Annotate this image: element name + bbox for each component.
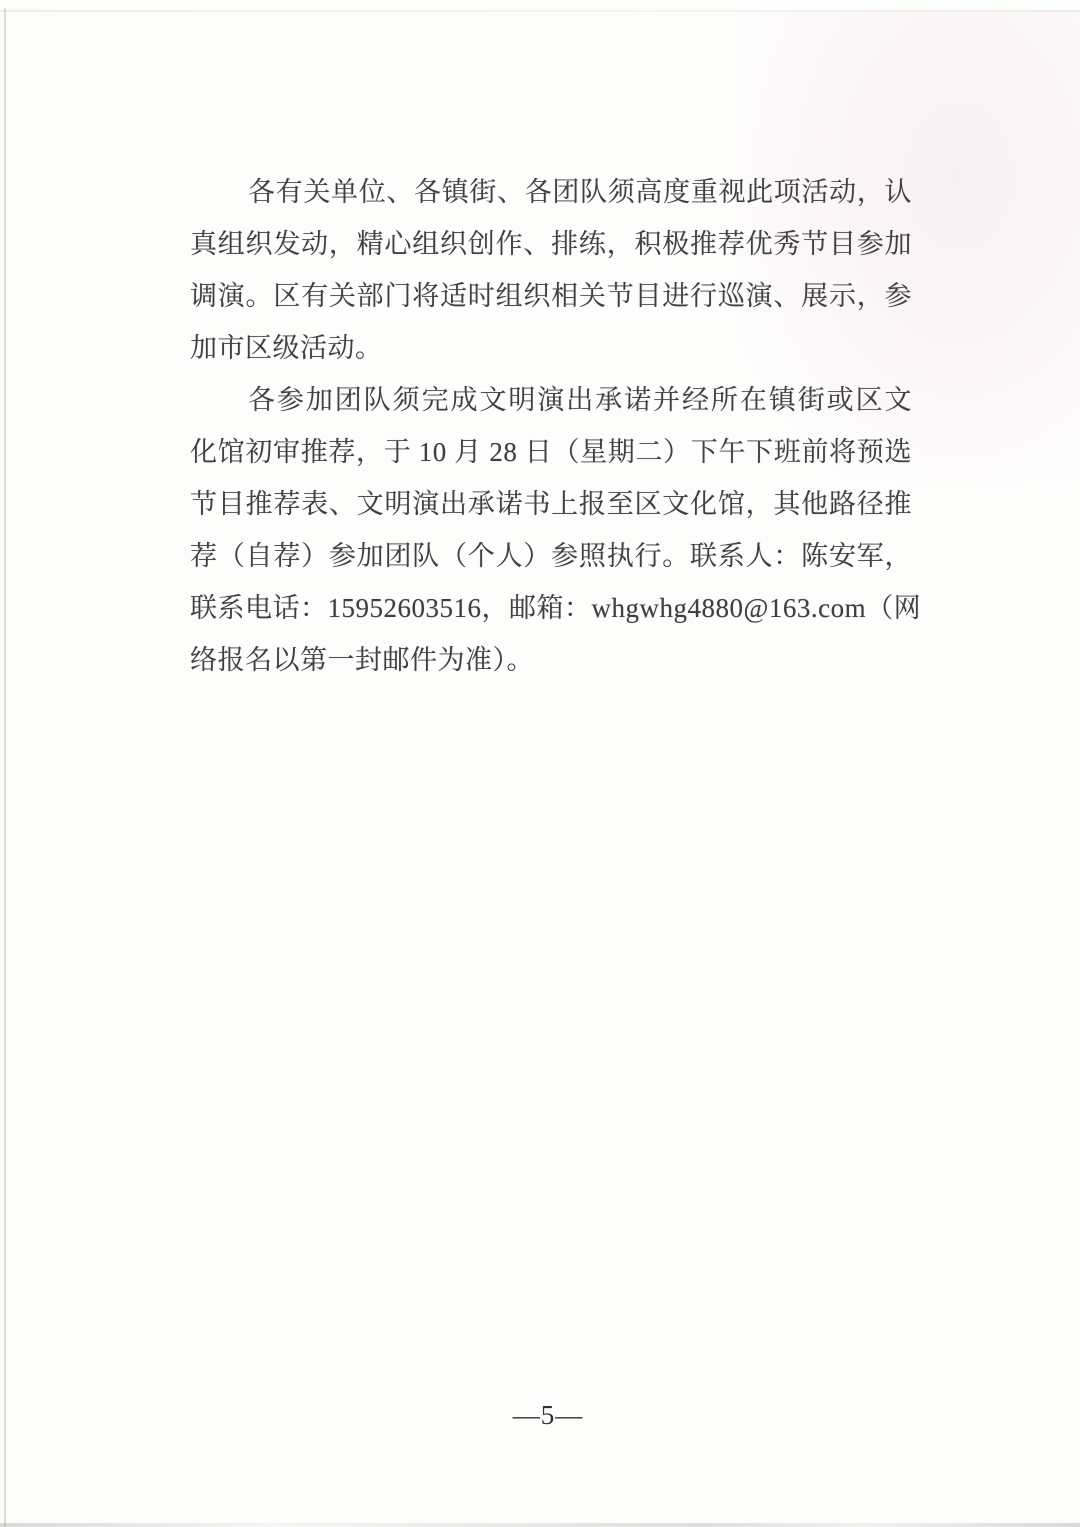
paragraph-2-line-6: 络报名以第一封邮件为准）。 [190, 634, 912, 686]
paragraph-2-line-5: 联系电话：15952603516，邮箱：whgwhg4880@163.com（网 [190, 582, 912, 634]
scan-edge-artifact-top [0, 10, 1080, 12]
paragraph-1-line-4: 加市区级活动。 [190, 322, 912, 374]
paragraph-1-line-3: 调演。区有关部门将适时组织相关节目进行巡演、展示，参 [190, 270, 912, 322]
paragraph-2-line-4: 荐（自荐）参加团队（个人）参照执行。联系人：陈安军， [190, 530, 912, 582]
document-body-text: 各有关单位、各镇街、各团队须高度重视此项活动，认 真组织发动，精心组织创作、排练… [190, 166, 912, 686]
paragraph-2-line-3: 节目推荐表、文明演出承诺书上报至区文化馆，其他路径推 [190, 478, 912, 530]
scanned-document-page: 各有关单位、各镇街、各团队须高度重视此项活动，认 真组织发动，精心组织创作、排练… [0, 0, 1080, 1527]
scan-edge-artifact-bottom [0, 1523, 1080, 1527]
paragraph-2-line-2: 化馆初审推荐，于 10 月 28 日（星期二）下午下班前将预选 [190, 426, 912, 478]
paragraph-1-line-2: 真组织发动，精心组织创作、排练，积极推荐优秀节目参加 [190, 218, 912, 270]
page-number: —5— [0, 1394, 1080, 1436]
scan-edge-artifact-left [4, 8, 6, 1527]
paragraph-1-line-1: 各有关单位、各镇街、各团队须高度重视此项活动，认 [190, 166, 912, 218]
paragraph-1: 各有关单位、各镇街、各团队须高度重视此项活动，认 真组织发动，精心组织创作、排练… [190, 166, 912, 374]
paragraph-2: 各参加团队须完成文明演出承诺并经所在镇街或区文 化馆初审推荐，于 10 月 28… [190, 374, 912, 686]
paragraph-2-line-1: 各参加团队须完成文明演出承诺并经所在镇街或区文 [190, 374, 912, 426]
